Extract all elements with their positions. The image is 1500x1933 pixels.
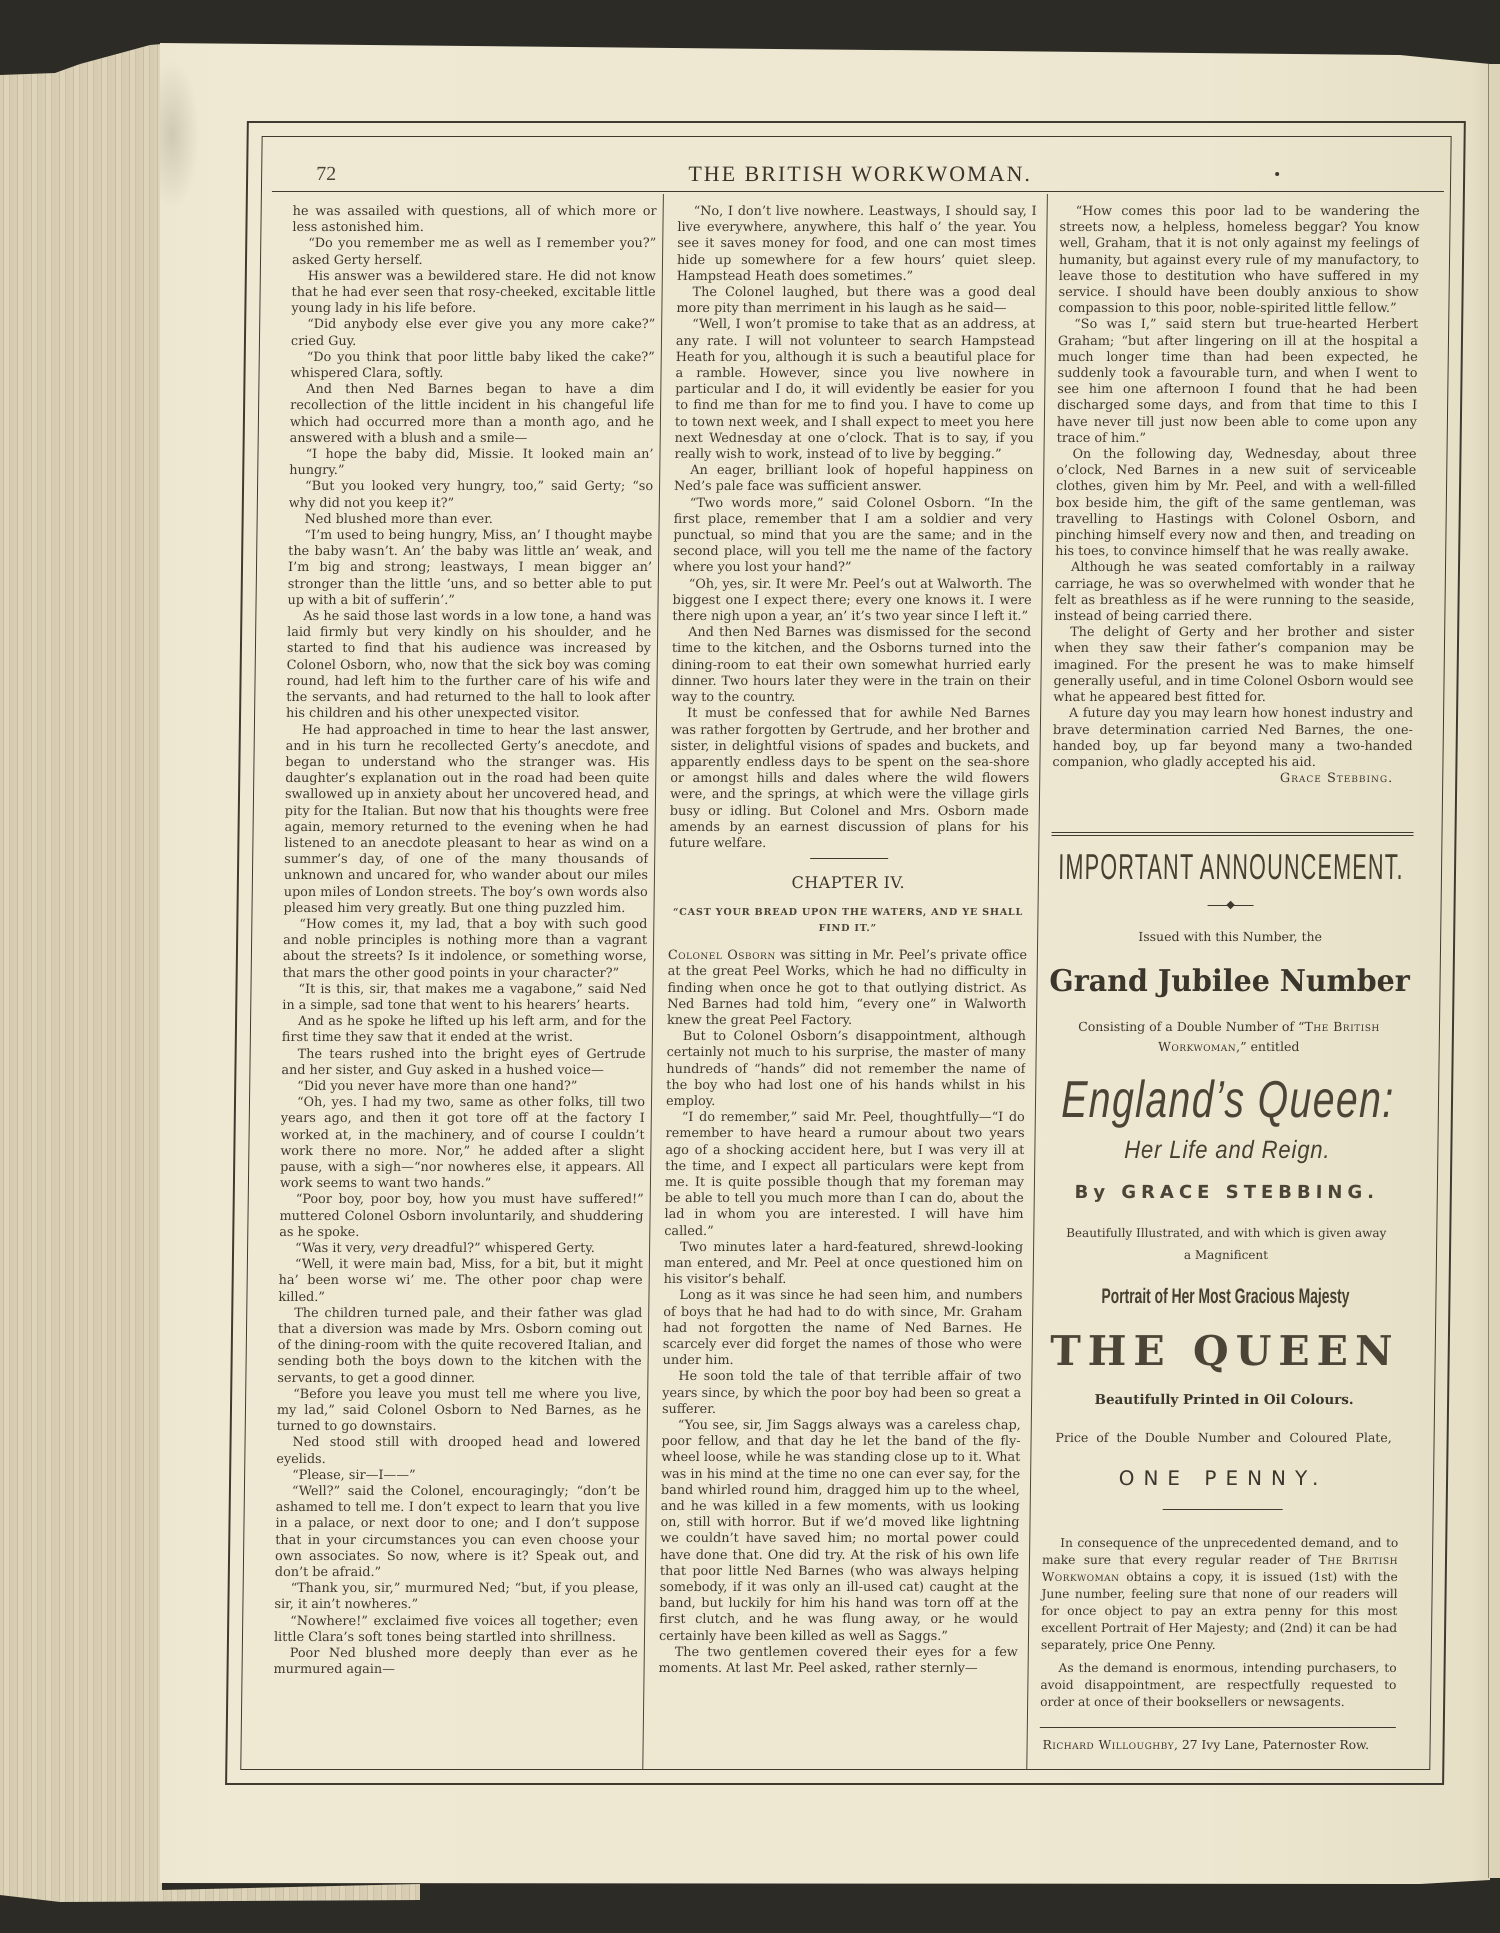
price-rule: [1163, 1509, 1283, 1510]
story-paragraph: As he said those last words in a low ton…: [286, 609, 651, 722]
grand-jubilee-title: Grand Jubilee Number: [1049, 962, 1410, 1002]
story-paragraph: And then Ned Barnes was dismissed for th…: [671, 625, 1031, 706]
story-paragraph: “Thank you, sir,” murmured Ned; “but, if…: [274, 1581, 638, 1613]
story-paragraph: “I’m used to being hungry, Miss, an’ I t…: [287, 528, 652, 609]
story-paragraph: “Please, sir—I——”: [276, 1468, 640, 1484]
publisher-address: , 27 Ivy Lane, Paternoster Row.: [1174, 1738, 1369, 1752]
story-paragraph: “No, I don’t live nowhere. Leastways, I …: [677, 204, 1037, 285]
story-paragraph: he was assailed with questions, all of w…: [292, 204, 656, 236]
portrait-line: Portrait of Her Most Gracious Majesty: [1045, 1284, 1405, 1310]
ornament-divider: [1051, 900, 1411, 910]
publisher-name: Richard Willoughby: [1043, 1738, 1175, 1752]
story-paragraph: And as he spoke he lifted up his left ar…: [282, 1014, 646, 1046]
story-paragraph: And then Ned Barnes began to have a dim …: [290, 382, 655, 447]
story-paragraph: “But you looked very hungry, too,” said …: [289, 479, 653, 511]
story-paragraph: “Well?” said the Colonel, encouragingly;…: [275, 1484, 640, 1581]
the-queen-text: THE QUEEN: [1050, 1325, 1400, 1377]
story-paragraph: His answer was a bewildered stare. He di…: [291, 269, 656, 318]
author-signature: Grace Stebbing.: [1052, 771, 1412, 787]
story-paragraph: The Colonel laughed, but there was a goo…: [676, 285, 1035, 317]
story-paragraph: Ned stood still with drooped head and lo…: [276, 1435, 640, 1467]
story-paragraph: “I hope the baby did, Missie. It looked …: [289, 447, 653, 479]
small-caps-text: Workwoman: [1158, 1039, 1236, 1054]
story-paragraph: The two gentlemen covered their eyes for…: [658, 1645, 1017, 1677]
chapter-body: Colonel Osborn was sitting in Mr. Peel’s…: [658, 948, 1027, 1677]
the-queen-title: THE QUEEN: [1044, 1325, 1405, 1377]
story-paragraph: The tears rushed into the bright eyes of…: [281, 1047, 645, 1079]
price-label: Price of the Double Number and Coloured …: [1043, 1429, 1403, 1447]
small-caps-lead: Colonel Osborn: [668, 948, 776, 963]
story-paragraph: Colonel Osborn was sitting in Mr. Peel’s…: [667, 948, 1027, 1029]
text-run: “Was it very,: [295, 1241, 380, 1256]
story-paragraph: It must be confessed that for awhile Ned…: [669, 706, 1030, 852]
story-paragraph: The delight of Gerty and her brother and…: [1053, 625, 1414, 706]
story-paragraph: “Do you think that poor little baby like…: [290, 350, 654, 382]
book-title: England’s Queen:: [1048, 1068, 1409, 1132]
notice-paragraph: In consequence of the unprecedented dema…: [1041, 1535, 1399, 1654]
diamond-icon: [1226, 901, 1234, 909]
story-paragraph: An eager, brilliant look of hopeful happ…: [674, 463, 1033, 495]
emphasis-text: very: [380, 1241, 408, 1256]
chapter-epigraph: “CAST YOUR BREAD UPON THE WATERS, AND YE…: [668, 905, 1027, 937]
text-run: Consisting of a Double Number of “: [1078, 1019, 1304, 1034]
book-title-text: England’s Queen:: [1061, 1068, 1395, 1132]
page-number: 72: [316, 160, 336, 188]
story-paragraph: “Did anybody else ever give you any more…: [291, 317, 655, 349]
printed-in-oil-line: Beautifully Printed in Oil Colours.: [1044, 1390, 1404, 1410]
story-paragraph: “Poor boy, poor boy, how you must have s…: [279, 1192, 644, 1241]
column-1: he was assailed with questions, all of w…: [272, 204, 656, 1768]
price-text: ONE PENNY.: [1118, 1464, 1327, 1492]
story-paragraph: “Well, I won’t promise to take that as a…: [674, 317, 1035, 463]
column-3-story: “How comes this poor lad to be wandering…: [1052, 204, 1420, 832]
announcement-heading-text: IMPORTANT ANNOUNCEMENT.: [1058, 845, 1404, 889]
story-paragraph: A future day you may learn how honest in…: [1052, 706, 1413, 771]
story-paragraph: “How comes it, my lad, that a boy with s…: [283, 917, 648, 982]
chapter-heading: CHAPTER IV.: [669, 871, 1028, 895]
story-paragraph: On the following day, Wednesday, about t…: [1055, 447, 1416, 560]
story-paragraph: “I do remember,” said Mr. Peel, thoughtf…: [664, 1110, 1025, 1240]
illustrated-line-1: Beautifully Illustrated, and with which …: [1046, 1225, 1406, 1241]
announcement-heading: IMPORTANT ANNOUNCEMENT.: [1051, 845, 1412, 889]
story-paragraph: He soon told the tale of that terrible a…: [662, 1369, 1022, 1418]
publisher-imprint: Richard Willoughby, 27 Ivy Lane, Paterno…: [1042, 1736, 1369, 1754]
portrait-text: Portrait of Her Most Gracious Majesty: [1101, 1284, 1349, 1310]
story-paragraph: “It is this, sir, that makes me a vagabo…: [282, 982, 646, 1014]
illustrated-line-2: a Magnificent: [1046, 1247, 1406, 1263]
book-byline: By GRACE STEBBING.: [1047, 1181, 1407, 1205]
book-byline-text: By GRACE STEBBING.: [1074, 1181, 1379, 1205]
consisting-line-2: Workwoman,” entitled: [1049, 1039, 1409, 1055]
text-run: ,” entitled: [1236, 1039, 1299, 1054]
story-paragraph: “Did you never have more than one hand?”: [281, 1079, 645, 1095]
story-paragraph: Poor Ned blushed more deeply than ever a…: [273, 1646, 637, 1678]
text-run: dreadful?” whispered Gerty.: [408, 1241, 595, 1256]
column-2: “No, I don’t live nowhere. Leastways, I …: [657, 204, 1036, 1766]
story-paragraph: “Was it very, very dreadful?” whispered …: [279, 1241, 643, 1257]
story-paragraph: “How comes this poor lad to be wandering…: [1058, 204, 1419, 317]
story-paragraph: He had approached in time to hear the la…: [283, 723, 650, 917]
story-paragraph: Long as it was since he had seen him, an…: [663, 1288, 1023, 1369]
consisting-line-1: Consisting of a Double Number of “The Br…: [1049, 1019, 1409, 1035]
story-paragraph: “Oh, yes. I had my two, same as other fo…: [280, 1095, 645, 1192]
story-paragraph: “Two words more,” said Colonel Osborn. “…: [673, 496, 1033, 577]
publisher-rule: [1040, 1727, 1396, 1728]
story-paragraph: “Do you remember me as well as I remembe…: [292, 236, 656, 268]
issued-line: Issued with this Number, the: [1050, 929, 1410, 945]
book-subtitle-text: Her Life and Reign.: [1124, 1135, 1331, 1165]
small-caps-text: The British: [1304, 1019, 1380, 1034]
story-paragraph: Ned blushed more than ever.: [289, 512, 653, 528]
chapter-divider-rule: [810, 858, 888, 859]
header-dot-ornament: [1275, 172, 1279, 176]
story-paragraph: The children turned pale, and their fath…: [277, 1306, 642, 1387]
story-paragraph: Two minutes later a hard-featured, shrew…: [664, 1240, 1024, 1289]
announcement-top-rule: [1051, 832, 1413, 836]
story-paragraph: “So was I,” said stern but true-hearted …: [1057, 317, 1419, 447]
grand-jubilee-text: Grand Jubilee Number: [1049, 962, 1410, 1002]
story-paragraph: Although he was seated comfortably in a …: [1054, 560, 1415, 625]
book-subtitle: Her Life and Reign.: [1047, 1135, 1407, 1165]
announcement-notice: In consequence of the unprecedented dema…: [1040, 1535, 1398, 1711]
story-paragraph: But to Colonel Osborn’s disappointment, …: [666, 1029, 1026, 1110]
story-paragraph: “Before you leave you must tell me where…: [277, 1387, 642, 1436]
notice-paragraph: As the demand is enormous, intending pur…: [1040, 1660, 1397, 1711]
printed-page: 72 THE BRITISH WORKWOMAN. he was assaile…: [0, 0, 1500, 1933]
masthead-title: THE BRITISH WORKWOMAN.: [610, 160, 1110, 188]
story-paragraph: “Oh, yes, sir. It were Mr. Peel’s out at…: [672, 577, 1032, 626]
story-paragraph: “You see, sir, Jim Saggs always was a ca…: [659, 1418, 1021, 1645]
story-paragraph: “Well, it were main bad, Miss, for a bit…: [278, 1257, 643, 1306]
price-value: ONE PENNY.: [1043, 1464, 1403, 1492]
header-rule: [272, 191, 1444, 192]
story-paragraph: “Nowhere!” exclaimed five voices all tog…: [274, 1614, 638, 1646]
